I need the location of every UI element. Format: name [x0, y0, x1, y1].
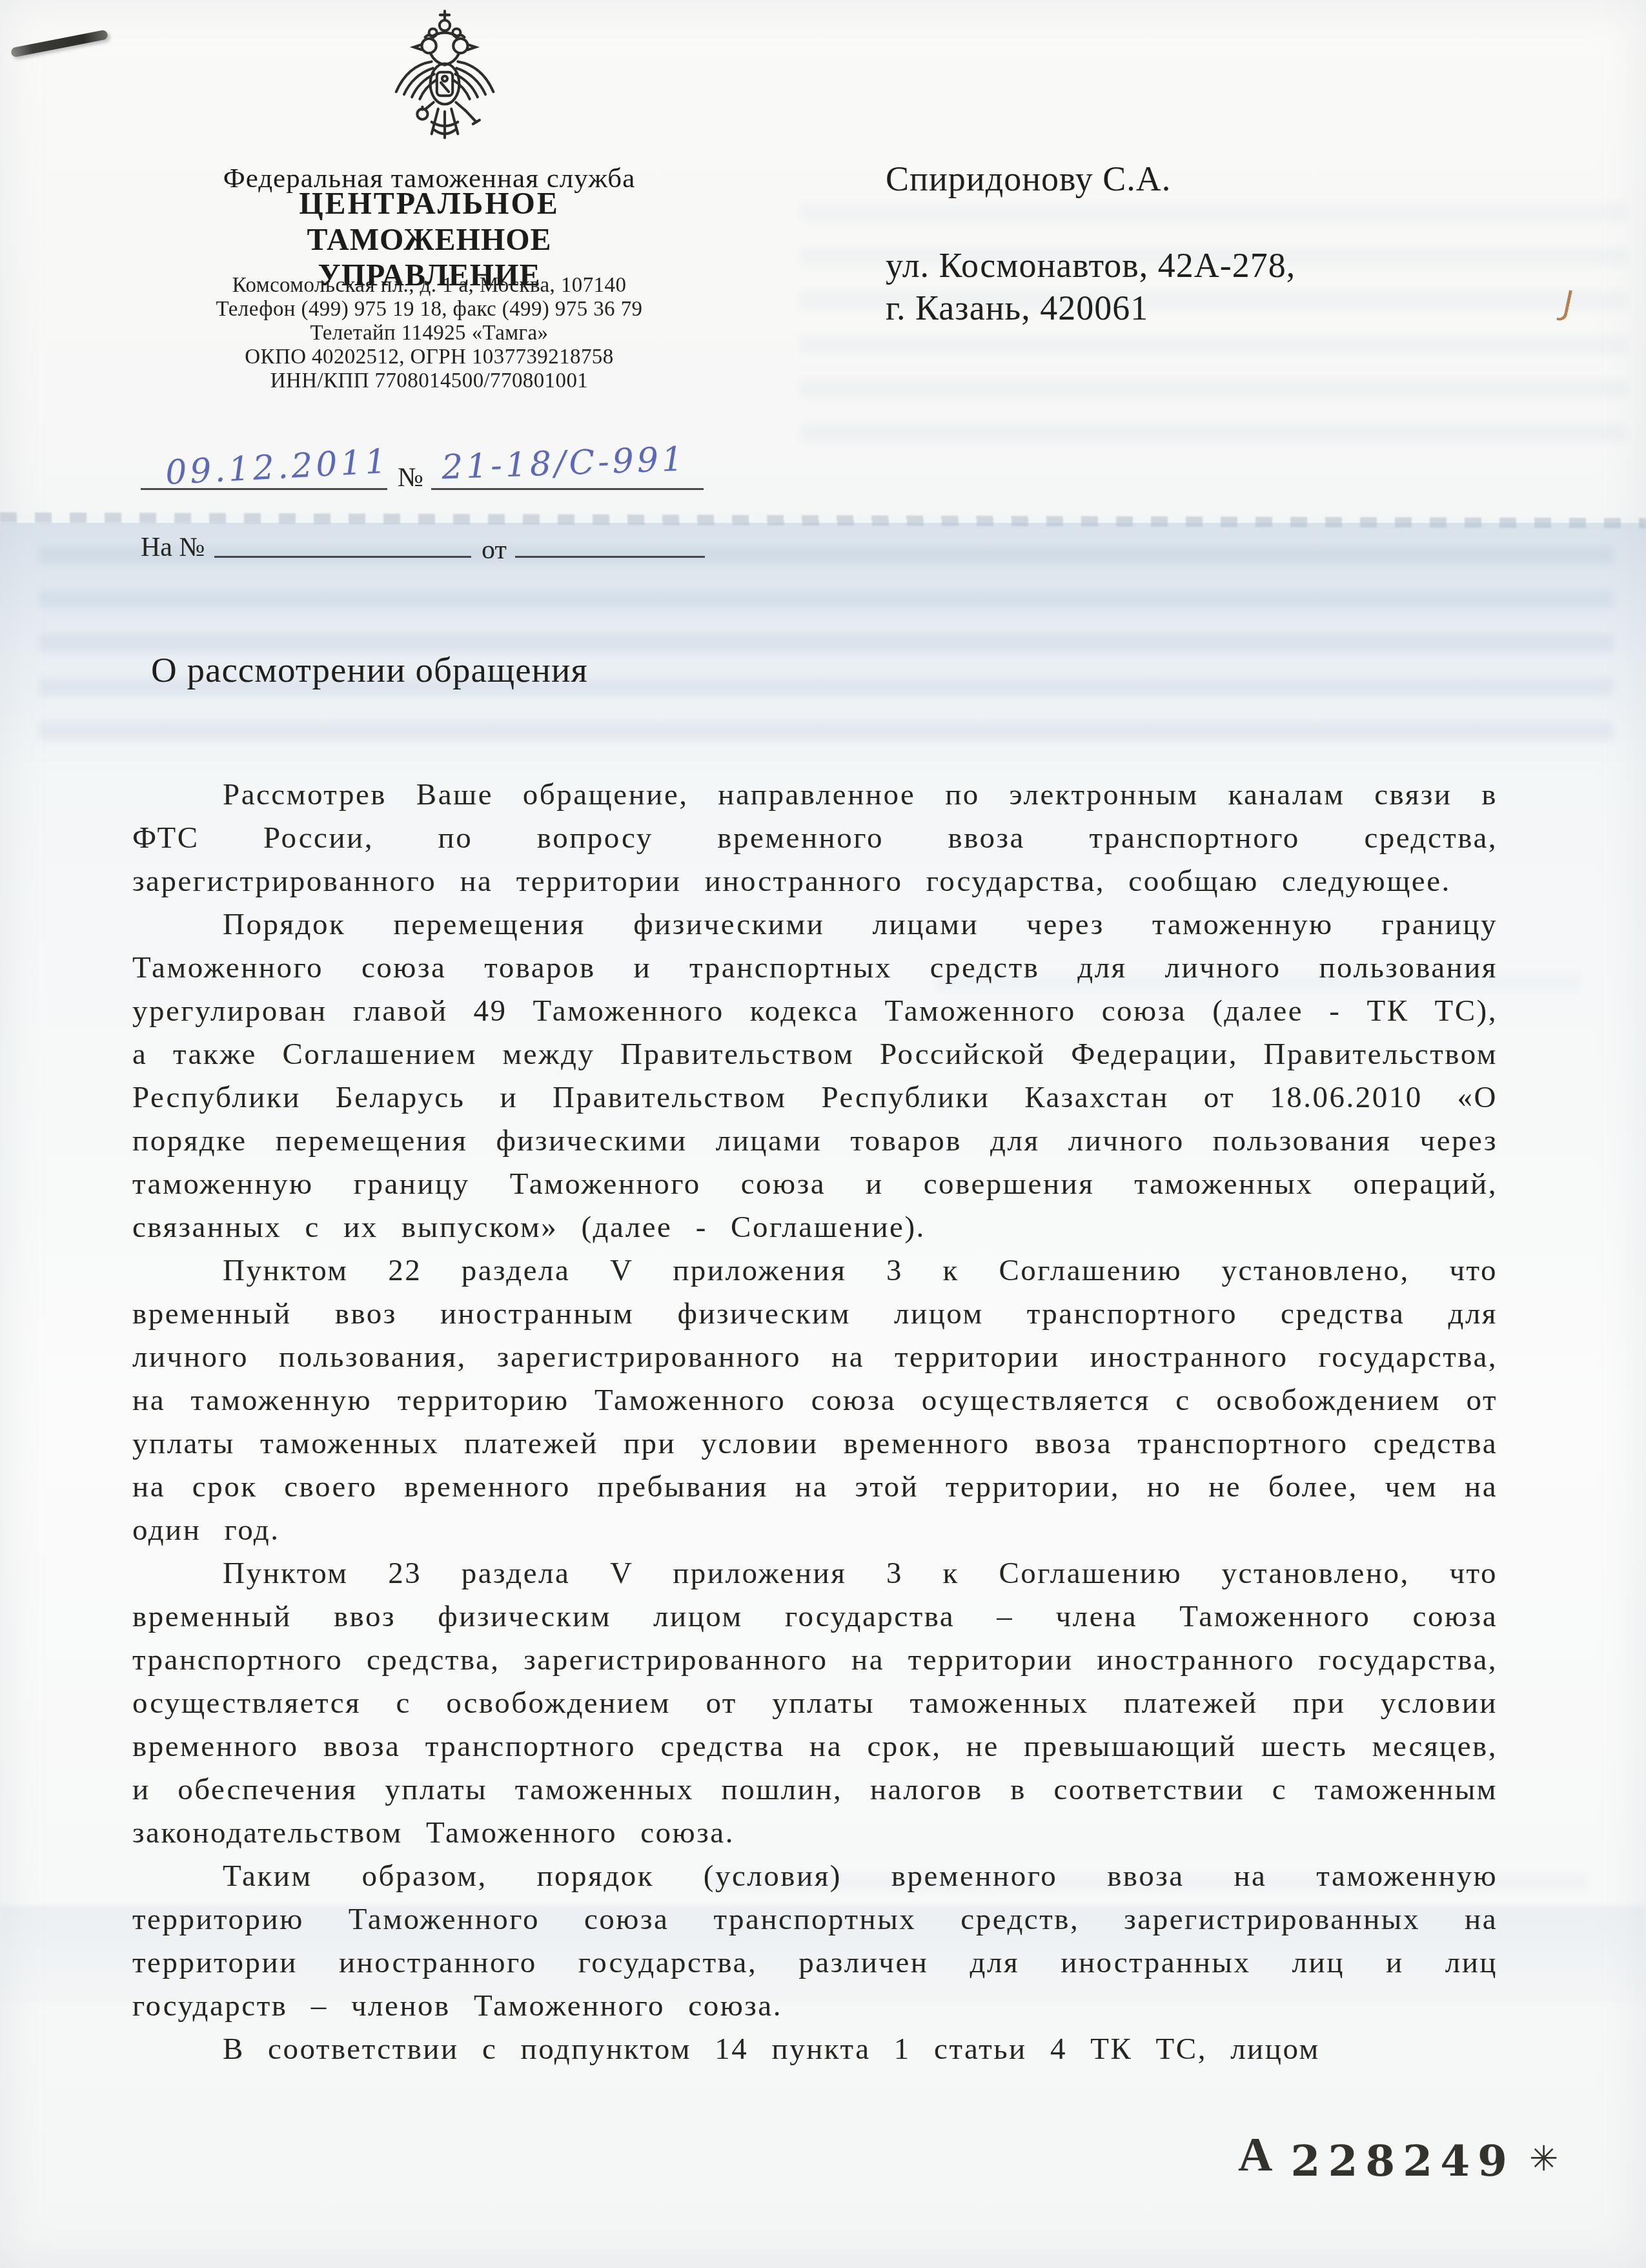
letterhead-teletype: Телетайп 114925 «Тамга»	[174, 322, 684, 345]
handwritten-date: 09.12.2011	[165, 442, 391, 493]
rosette-asterisk-icon: ✳	[1529, 2138, 1558, 2179]
body-paragraph: Таким образом, порядок (условия) временн…	[132, 1855, 1498, 2028]
date-underline	[141, 488, 387, 490]
paper-crease-artifact	[0, 513, 1646, 529]
letterhead-address: Комсомольская пл., д. 1 а, Москва, 10714…	[174, 274, 684, 298]
org-name-line1: ЦЕНТРАЛЬНОЕ	[197, 186, 662, 221]
reply-to-number-label: На №	[141, 532, 205, 563]
letter-subject: О рассмотрении обращения	[151, 649, 588, 690]
letterhead-phone-fax: Телефон (499) 975 19 18, факс (499) 975 …	[174, 298, 684, 322]
body-paragraph: В соответствии с подпунктом 14 пункта 1 …	[132, 2028, 1498, 2071]
recipient-name: Спиридонову С.А.	[886, 159, 1171, 199]
handwritten-outgoing-number: 21-18/С-991	[441, 440, 687, 487]
bleed-through-artifact	[39, 536, 1614, 749]
stamp-number: 228249	[1290, 2136, 1515, 2186]
double-headed-eagle-icon	[391, 9, 498, 160]
letterhead-okpo-ogrn: ОКПО 40202512, ОГРН 1037739218758	[174, 345, 684, 369]
reply-number-underline	[214, 556, 471, 558]
body-paragraph: Пунктом 22 раздела V приложения 3 к Согл…	[132, 1249, 1498, 1552]
body-paragraph: Пунктом 23 раздела V приложения 3 к Согл…	[132, 1552, 1498, 1855]
ink-smudge-artifact	[1556, 289, 1572, 322]
body-paragraph: Порядок перемещения физическими лицами ч…	[132, 903, 1498, 1249]
body-paragraph: Рассмотрев Ваше обращение, направленное …	[132, 773, 1498, 903]
reply-date-underline	[515, 556, 705, 558]
stamp-series-letter: А	[1238, 2129, 1274, 2181]
scanned-letter-page: Федеральная таможенная служба ЦЕНТРАЛЬНО…	[0, 0, 1646, 2268]
recipient-street: ул. Космонавтов, 42А-278,	[886, 245, 1295, 285]
bleed-through-artifact	[800, 194, 1627, 465]
pen-scan-artifact	[10, 30, 108, 58]
number-underline	[431, 488, 704, 490]
recipient-city: г. Казань, 420061	[886, 288, 1148, 328]
reply-from-date-label: от	[482, 535, 507, 566]
form-number-stamp: А228249✳	[1238, 2128, 1558, 2183]
letterhead-inn-kpp: ИНН/КПП 7708014500/770801001	[174, 369, 684, 393]
number-sign-label: №	[398, 462, 423, 493]
letterhead-contact-block: Комсомольская пл., д. 1 а, Москва, 10714…	[174, 274, 684, 393]
letter-body: Рассмотрев Ваше обращение, направленное …	[132, 773, 1498, 2136]
bleed-through-tint	[0, 523, 1646, 762]
